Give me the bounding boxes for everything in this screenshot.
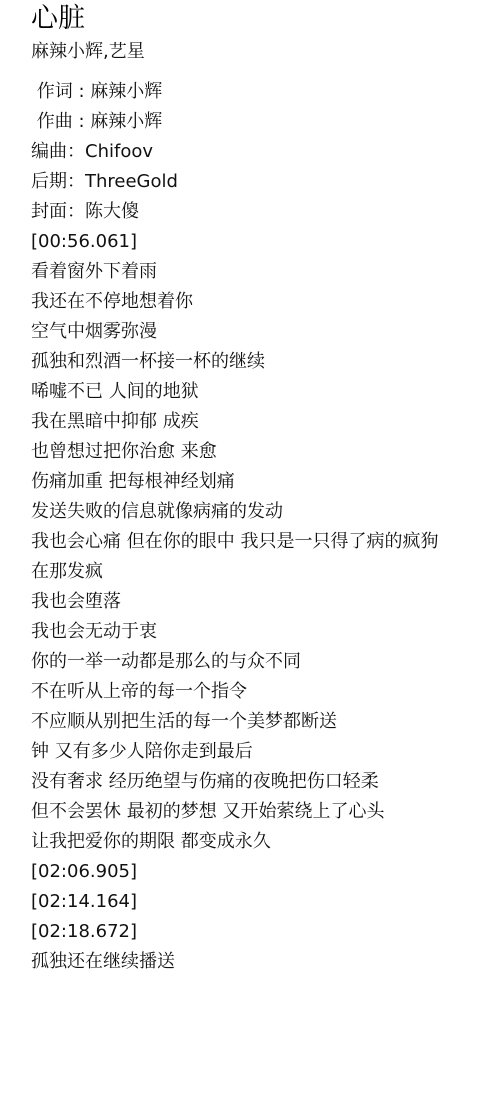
lyric-line: 让我把爱你的期限 都变成永久 — [31, 827, 500, 857]
lyric-line: 也曾想过把你治愈 来愈 — [31, 437, 500, 467]
lyric-line: 不在听从上帝的每一个指令 — [31, 677, 500, 707]
lyric-line: 不应顺从别把生活的每一个美梦都断送 — [31, 707, 500, 737]
lyric-line: 钟 又有多少人陪你走到最后 — [31, 737, 500, 767]
lyric-line: 我还在不停地想着你 — [31, 287, 500, 317]
lyric-line: 我在黑暗中抑郁 成疾 — [31, 407, 500, 437]
lyric-line: 孤独和烈酒一杯接一杯的继续 — [31, 347, 500, 377]
lyric-line: 我也会无动于衷 — [31, 617, 500, 647]
timestamp-line: [02:06.905] — [31, 857, 500, 887]
song-artist: 麻辣小辉,艺星 — [31, 39, 500, 65]
lyric-line: 空气中烟雾弥漫 — [31, 317, 500, 347]
lyrics-body: 作词 : 麻辣小辉 作曲 : 麻辣小辉 编曲：Chifoov 后期：ThreeG… — [31, 77, 500, 977]
lyrics-page: 心脏 麻辣小辉,艺星 作词 : 麻辣小辉 作曲 : 麻辣小辉 编曲：Chifoo… — [0, 0, 500, 977]
song-title: 心脏 — [31, 0, 500, 35]
lyric-line: 在那发疯 — [31, 557, 500, 587]
lyric-line: 伤痛加重 把每根神经划痛 — [31, 467, 500, 497]
timestamp-line: [00:56.061] — [31, 227, 500, 257]
lyric-line: 孤独还在继续播送 — [31, 947, 500, 977]
credit-composer: 作曲 : 麻辣小辉 — [31, 107, 500, 137]
credit-cover: 封面：陈大傻 — [31, 197, 500, 227]
lyric-line: 但不会罢休 最初的梦想 又开始萦绕上了心头 — [31, 797, 500, 827]
lyric-line: 我也会心痛 但在你的眼中 我只是一只得了病的疯狗 — [31, 527, 500, 557]
lyric-line: 你的一举一动都是那么的与众不同 — [31, 647, 500, 677]
timestamp-line: [02:14.164] — [31, 887, 500, 917]
credit-lyricist: 作词 : 麻辣小辉 — [31, 77, 500, 107]
lyric-line: 发送失败的信息就像病痛的发动 — [31, 497, 500, 527]
timestamp-line: [02:18.672] — [31, 917, 500, 947]
lyric-line: 唏嘘不已 人间的地狱 — [31, 377, 500, 407]
credit-arranger: 编曲：Chifoov — [31, 137, 500, 167]
lyric-line: 看着窗外下着雨 — [31, 257, 500, 287]
lyric-line: 我也会堕落 — [31, 587, 500, 617]
lyric-line: 没有奢求 经历绝望与伤痛的夜晚把伤口轻柔 — [31, 767, 500, 797]
credit-post-production: 后期：ThreeGold — [31, 167, 500, 197]
